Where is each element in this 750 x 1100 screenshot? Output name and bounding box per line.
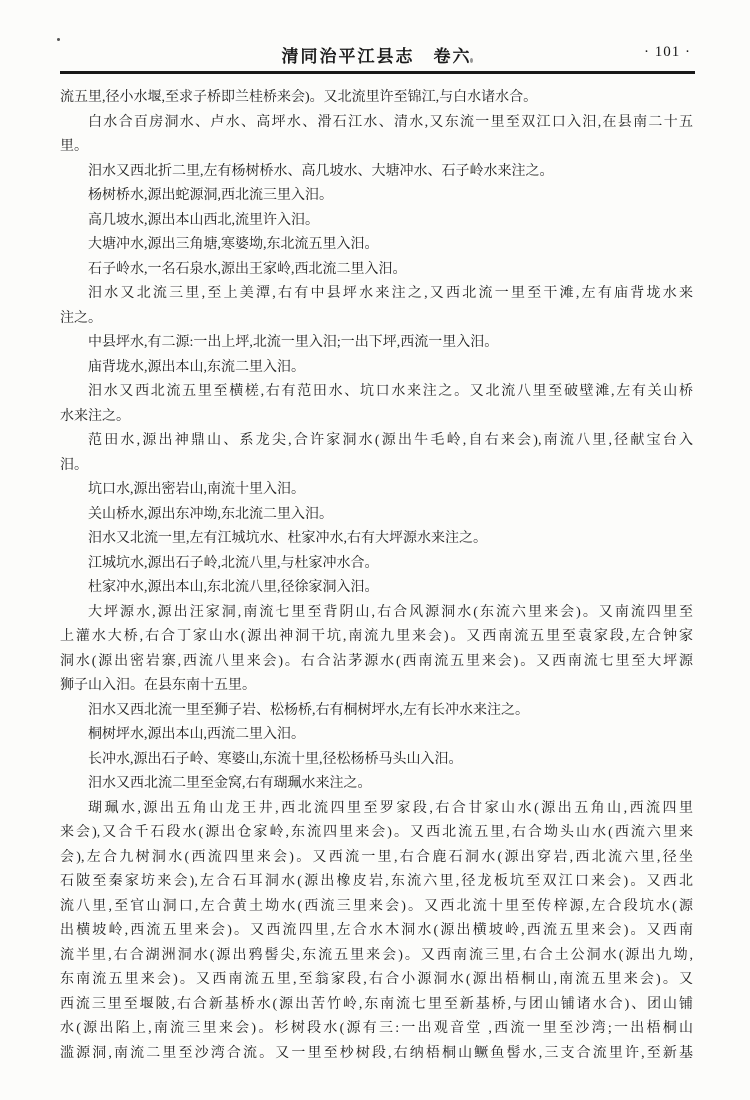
scan-artifact [470,58,473,63]
text-line: 汨水又西北流一里至狮子岩、松杨桥,右有桐树坪水,左有长冲水来注之。 [60,699,693,724]
text-line: 杜家冲水,源出本山,东北流八里,径徐家洞入汨。 [60,576,693,601]
page-header: 清同治平江县志 卷六 · 101 · [60,42,693,66]
text-line: 狮子山入汨。在县东南十五里。 [60,674,693,699]
text-line: 瑚珮水,源出五角山龙王井,西北流四里至罗家段,右合甘家山水(源出五角山,西流四里 [60,797,693,822]
text-line: 石子岭水,一名石泉水,源出王家岭,西北流二里入汨。 [60,258,693,283]
text-line: 范田水,源出神鼎山、系龙尖,合许家洞水(源出牛毛岭,自右来会),南流八里,径献宝… [60,429,693,454]
scanned-page: 清同治平江县志 卷六 · 101 · 流五里,径小水堰,至求子桥即兰桂桥来会)。… [0,0,750,1100]
text-line: 汨水又西北折二里,左有杨树桥水、高几坡水、大塘冲水、石子岭水来注之。 [60,160,693,185]
text-line: 庙背垅水,源出本山,东流二里入汨。 [60,356,693,381]
text-line: 江城坑水,源出石子岭,北流八里,与杜家冲水合。 [60,552,693,577]
text-line: 上灌水大桥,右合丁家山水(源出神洞干坑,南流九里来会)。又西南流五里至袁家段,左… [60,625,693,650]
text-line: 水(源出陷上,南流三里来会)。杉树段水(源有三:一出观音堂 ,西流一里至沙湾;一… [60,1017,693,1042]
text-line: 高几坡水,源出本山西北,流里许入汨。 [60,209,693,234]
text-line: 坑口水,源出密岩山,南流十里入汨。 [60,478,693,503]
text-line: 西流三里至堰陂,右合新基桥水(源出苦竹岭,东南流七里至新基桥,与团山铺诸水合)、… [60,993,693,1018]
text-line: 杨树桥水,源出蛇源洞,西北流三里入汨。 [60,184,693,209]
text-line: 滥源洞,南流二里至沙湾合流。又一里至杪树段,右纳梧桐山鳜鱼髻水,三支合流里许,至… [60,1042,693,1067]
text-line: 汨水又北流三里,至上美潭,右有中县坪水来注之,又西北流一里至干滩,左有庙背垅水来 [60,282,693,307]
text-line: 汨。 [60,454,693,479]
text-line: 水来注之。 [60,405,693,430]
page-number: · 101 · [644,44,691,61]
text-line: 中县坪水,有二源:一出上坪,北流一里入汨;一出下坪,西流一里入汨。 [60,331,693,356]
text-line: 大塘冲水,源出三角塘,寒婆坳,东北流五里入汨。 [60,233,693,258]
text-line: 长冲水,源出石子岭、寒婆山,东流十里,径松杨桥马头山入汨。 [60,748,693,773]
scan-artifact [57,38,60,41]
text-line: 来会),又合千石段水(源出仓家岭,东流四里来会)。又西北流五里,右合坳头山水(西… [60,821,693,846]
text-line: 汨水又北流一里,左有江城坑水、杜家冲水,右有大坪源水来注之。 [60,527,693,552]
text-line: 大坪源水,源出汪家洞,南流七里至背阴山,右合风源洞水(东流六里来会)。又南流四里… [60,601,693,626]
text-line: 白水合百房洞水、卢水、高坪水、滑石江水、清水,又东流一里至双江口入汨,在县南二十… [60,111,693,136]
header-divider [60,71,695,74]
page-text: 流五里,径小水堰,至求子桥即兰桂桥来会)。又北流里许至锦江,与白水诸水合。白水合… [60,86,693,1066]
text-line: 关山桥水,源出东冲坳,东北流二里入汨。 [60,503,693,528]
text-line: 会),左合九树洞水(西流四里来会)。又西流一里,右合鹿石洞水(源出穿岩,西北流六… [60,846,693,871]
text-line: 石陂至秦家坊来会),左合石耳洞水(源出橡皮岩,东流六里,径龙板坑至双江口来会)。… [60,870,693,895]
text-line: 东南流五里来会)。又西南流五里,至翁家段,右合小源洞水(源出梧桐山,南流五里来会… [60,968,693,993]
text-line: 汨水又西北流二里至金窝,右有瑚珮水来注之。 [60,772,693,797]
text-line: 流半里,右合湖洲洞水(源出鸦髻尖,东流五里来会)。又西南流三里,右合土公洞水(源… [60,944,693,969]
book-title: 清同治平江县志 卷六 [60,42,693,67]
text-line: 出横坡岭,西流五里来会)。又西流四里,左合水木洞水(源出横坡岭,西流五里来会)。… [60,919,693,944]
text-line: 洞水(源出密岩寨,西流八里来会)。右合沾茅源水(西南流五里来会)。又西南流七里至… [60,650,693,675]
text-line: 里。 [60,135,693,160]
text-line: 流八里,至官山洞口,左合黄土坳水(西流三里来会)。又西北流十里至传梓源,左合段坑… [60,895,693,920]
text-line: 流五里,径小水堰,至求子桥即兰桂桥来会)。又北流里许至锦江,与白水诸水合。 [60,86,693,111]
text-line: 注之。 [60,307,693,332]
text-line: 桐树坪水,源出本山,西流二里入汨。 [60,723,693,748]
text-line: 汨水又西北流五里至横槎,右有范田水、坑口水来注之。又北流八里至破壁滩,左有关山桥 [60,380,693,405]
